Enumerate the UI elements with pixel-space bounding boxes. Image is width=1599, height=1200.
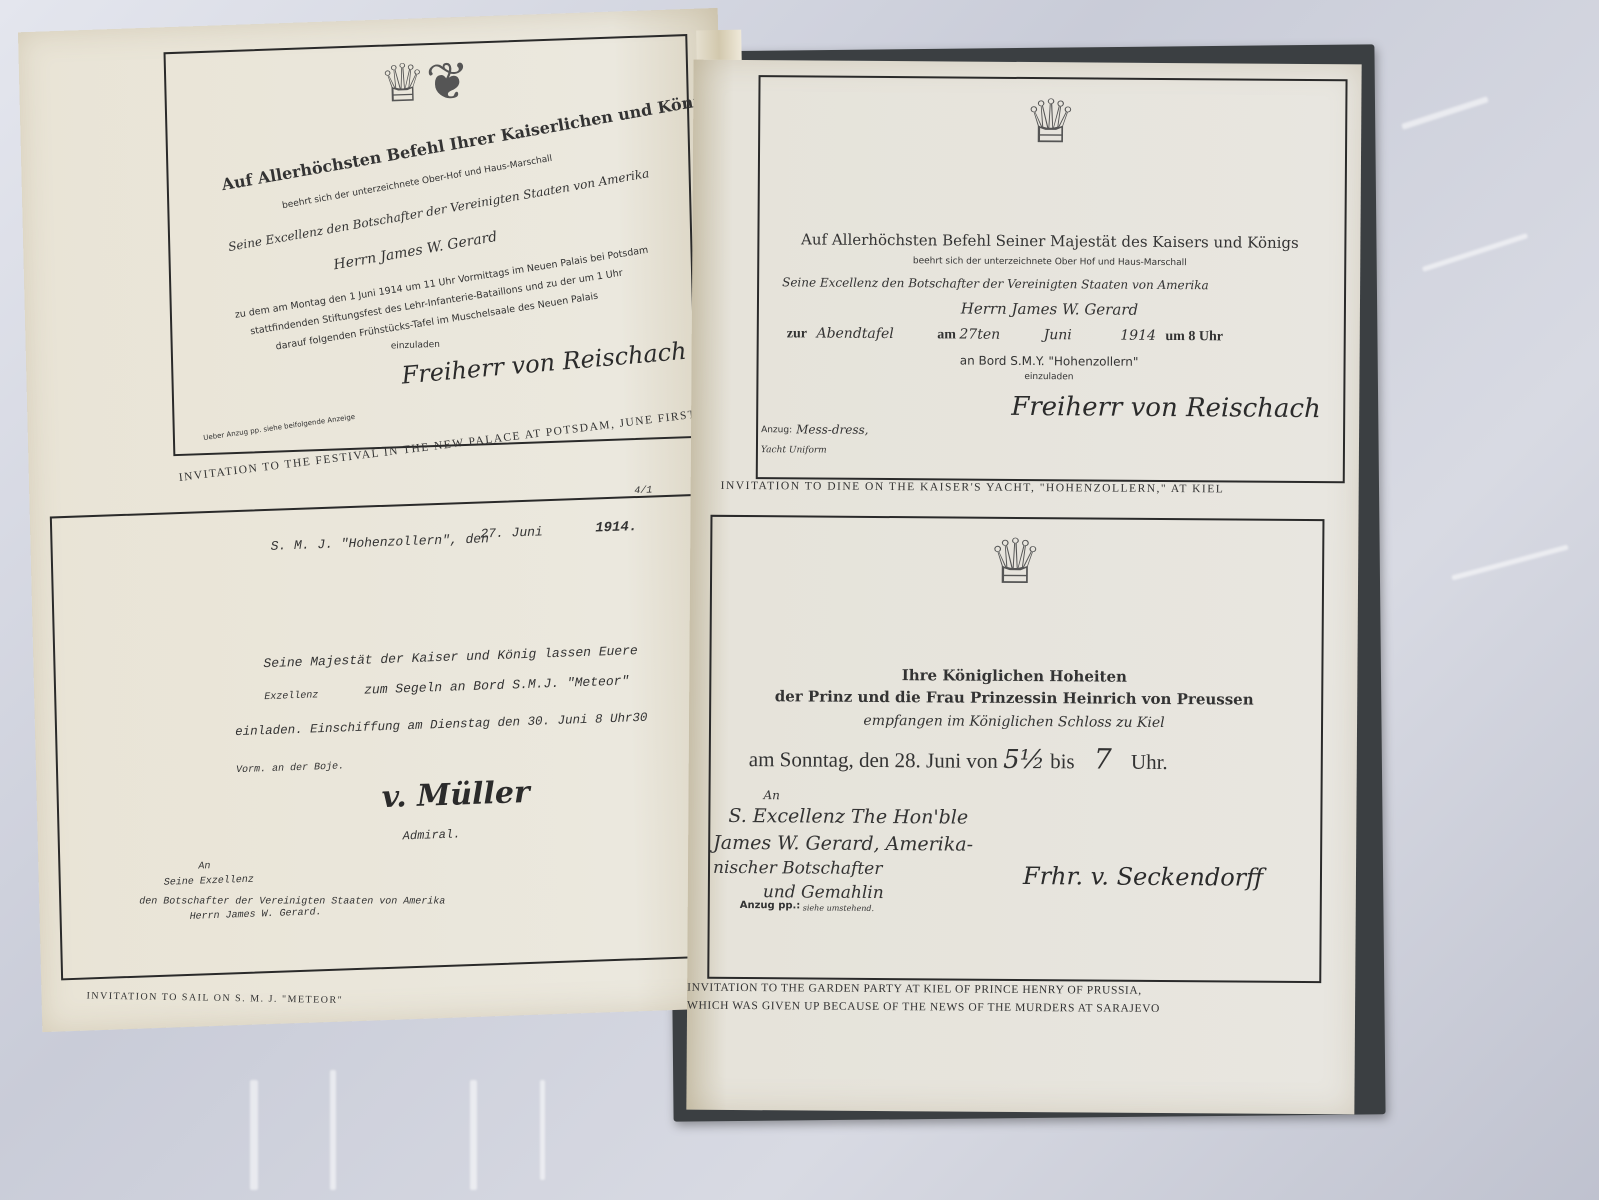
plastic-reflection: [470, 1080, 477, 1190]
eagle-crest-icon: ♕: [758, 90, 1343, 154]
kiel-address-1: An: [763, 788, 780, 802]
meteor-address-1: An: [198, 861, 210, 872]
kiel-time-from: 5½: [1003, 745, 1045, 775]
event-name: Abendtafel: [816, 326, 893, 343]
kiel-address-4: nischer Botschafter: [713, 858, 883, 879]
plastic-reflection: [1451, 545, 1568, 581]
hohenzollern-dress-label: Anzug:: [761, 425, 792, 435]
meteor-corner-mark: 4/1: [634, 485, 652, 497]
meteor-signature: v. Müller: [381, 775, 530, 815]
meteor-body-2a: Exzellenz: [264, 690, 318, 703]
plastic-reflection: [330, 1070, 336, 1190]
plastic-reflection: [1401, 96, 1488, 130]
event-prefix: zur: [787, 326, 807, 341]
kiel-address-2: S. Excellenz The Hon'ble: [728, 805, 968, 829]
kiel-signature: Frhr. v. Seckendorff: [1023, 862, 1263, 892]
date-month: Juni: [1044, 327, 1072, 343]
kiel-time-to: 7: [1094, 742, 1112, 775]
meteor-admiral-title: Admiral.: [403, 827, 461, 843]
kiel-caption-2: WHICH WAS GIVEN UP BECAUSE OF THE NEWS O…: [687, 1000, 1160, 1015]
plastic-reflection: [1422, 233, 1528, 272]
kiel-time-mid: bis: [1050, 749, 1075, 773]
date-day: 27ten: [959, 327, 1000, 343]
potsdam-closing: einzuladen: [391, 340, 440, 352]
event-time: um 8 Uhr: [1165, 329, 1223, 344]
kiel-caption-1: INVITATION TO THE GARDEN PARTY AT KIEL O…: [687, 982, 1142, 997]
hohenzollern-caption: INVITATION TO DINE ON THE KAISER'S YACHT…: [721, 480, 1225, 496]
date-prefix: am: [937, 327, 956, 342]
kiel-date-line: am Sonntag, den 28. Juni von 5½ bis 7 Uh…: [749, 740, 1168, 776]
kiel-address-3: James W. Gerard, Amerika-: [713, 832, 973, 856]
hohenzollern-addressee-1: Seine Excellenz den Botschafter der Vere…: [782, 275, 1209, 292]
hohenzollern-dress-note: Yacht Uniform: [761, 445, 827, 455]
date-year: 1914: [1120, 328, 1156, 344]
left-page: ♕❦ Auf Allerhöchsten Befehl Ihrer Kaiser…: [18, 8, 742, 1032]
right-page: ♕ Auf Allerhöchsten Befehl Seiner Majest…: [686, 60, 1361, 1115]
meteor-year: 1914.: [595, 519, 637, 536]
kiel-dress-label: Anzug pp.:: [740, 900, 801, 911]
plastic-reflection: [250, 1080, 258, 1190]
meteor-address-3: den Botschafter der Vereinigten Staaten …: [139, 897, 445, 908]
hohenzollern-signature: Freiherr von Reischach: [1011, 392, 1321, 424]
hohenzollern-event-line: zur Abendtafel am 27ten Juni 1914 um 8 U…: [787, 325, 1223, 345]
hohenzollern-dress-value: Mess-dress,: [796, 422, 869, 437]
double-shield-crown-crest-icon: ♕: [710, 530, 1320, 596]
kiel-time-suffix: Uhr.: [1131, 750, 1168, 774]
meteor-caption: INVITATION TO SAIL ON S. M. J. "METEOR": [86, 991, 343, 1006]
plastic-reflection: [540, 1080, 545, 1180]
kiel-date-prefix: am Sonntag, den 28. Juni von: [749, 747, 998, 773]
meteor-date: 27. Juni: [480, 524, 543, 541]
kiel-dress-value: siehe umstehend.: [803, 903, 874, 912]
